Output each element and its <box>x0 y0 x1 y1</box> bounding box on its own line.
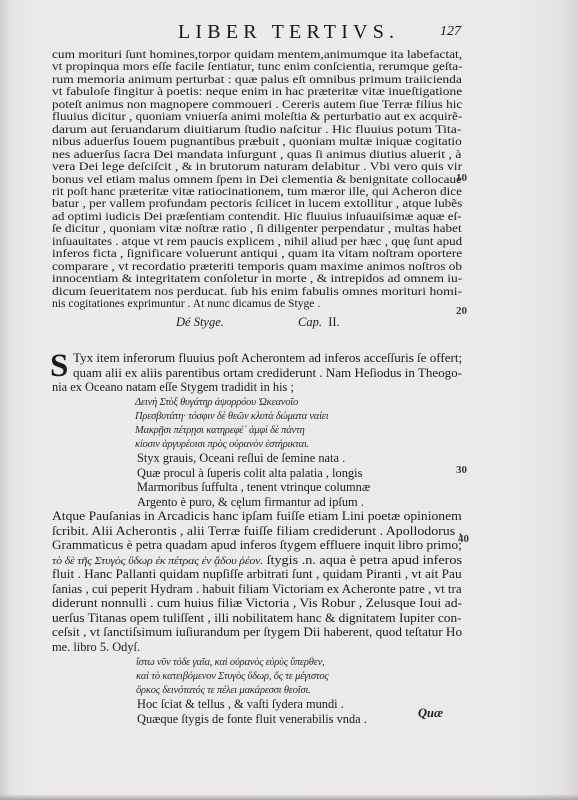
latin-verse-line: Quæque ſtygis de fonte fluit venerabilis… <box>137 712 367 726</box>
greek-verse-line: Δεινὴ Στὺξ θυγάτηρ ἀψορρόου Ὠκεανοῖο <box>135 396 298 410</box>
text-line: poteſt animus non magnopere commoueri . … <box>52 98 462 111</box>
text-line: quam alii ex aliis parentibus ortam cred… <box>73 366 462 380</box>
greek-verse-line: ὅρκος δεινότατός τε πέλει μακάρεσσι θεοῖ… <box>136 684 311 698</box>
text-line: ſanias , cui peperit Hydram . habuit fil… <box>52 582 462 596</box>
text-line: ſe dicitur , quoniam vitæ noſtræ ratio ,… <box>52 222 462 235</box>
text-line: darum aut ſeruandarum diuitiarum ſtudio … <box>52 123 461 136</box>
text-line: bonus vel etiam malus omnem ſpem in Dei … <box>52 173 462 186</box>
page-number: 127 <box>440 24 461 40</box>
greek-verse-line: ἴστω νῦν τόδε γαῖα, καὶ οὐρανὸς εὐρὺς ὕπ… <box>136 656 325 670</box>
running-title: LIBER TERTIVS. <box>178 21 428 44</box>
text-line: rum memoria animum perturbat : quæ palus… <box>52 73 462 86</box>
text-line: rit poſt hanc præteritæ vitæ ratiocinati… <box>52 185 462 198</box>
greek-verse-line: Πρεσβυτάτη· τόσφιν δὲ θεῶν κλυτὰ δώματα … <box>135 410 328 424</box>
text-line: diderunt nonnulli . cum huius filiæ Vict… <box>52 596 462 610</box>
margin-line-number: 40 <box>458 533 469 545</box>
text-line: dicum ſeueritatem nos perducat. ſub his … <box>52 285 462 298</box>
text-line: vt fabuloſe fingitur à poetis: neque eni… <box>52 85 462 98</box>
chapter-number: Cap. II. <box>298 315 340 330</box>
text-line: ceſsit , vt ſanctiſsimum iuſiurandum per… <box>52 625 462 639</box>
chapter-title: Dé Styge. <box>176 315 224 330</box>
text-line: nia ex Oceano natam eſſe Stygem tradidit… <box>52 380 294 394</box>
greek-verse-line: καὶ τὸ κατειβόμενον Στυγὸς ὕδωρ, ὅς τε μ… <box>136 670 328 684</box>
margin-line-number: 10 <box>456 172 467 184</box>
text-line: cum morituri ſunt homines,torpor quidam … <box>52 48 462 61</box>
latin-verse-line: Styx grauis, Oceani reſlui de ſemine nat… <box>137 451 345 465</box>
text-line: batur , per vallem profundam pectoris ſc… <box>52 197 462 210</box>
latin-verse-line: Quæ procul à ſuperis colit alta palatia … <box>137 466 362 480</box>
text-line: nibus aduerſus Iouem pugnantibus præbuit… <box>52 135 462 148</box>
text-line: Tyx item inferorum fluuius poſt Acheront… <box>73 351 462 365</box>
latin-verse-line: Hoc ſciat & tellus , & vaſti ſydera mund… <box>137 697 344 711</box>
text-line: nis cogitationes exprimuntur . At nunc d… <box>52 297 320 310</box>
book-page: LIBER TERTIVS. 127 cum morituri ſunt hom… <box>0 0 578 800</box>
greek-verse-line: Μακρῇσι πέτρῃσι κατηρεφέ᾽ ἀμφὶ δὲ πάντη <box>135 424 305 438</box>
catchword: Quæ <box>418 706 443 721</box>
margin-line-number: 30 <box>456 464 467 476</box>
text-line: ad optimi iudicis Dei præſentiam contend… <box>52 210 462 223</box>
margin-line-number: 20 <box>456 305 467 317</box>
text-line: nes aduerſus ſacra Dei mandata inſurgunt… <box>52 148 461 161</box>
greek-inline-quote: τὸ δὲ τῆς Στυγὸς ὕδωρ ἐκ πέτρας ἐν ᾅδου … <box>52 556 263 567</box>
text-line: comparare , vt recordatio præteriti temp… <box>52 260 462 273</box>
text-line: fluit . Hanc Pallanti quidam nupſiſſe ar… <box>52 567 462 581</box>
text-line: vera Dei lege deſciſcit , & in brutorum … <box>52 160 462 173</box>
latin-verse-line: Argento è puro, & cęlum firmantur ad ipſ… <box>137 495 364 509</box>
text-line: vt propinqua mors eſſe facile ſentiatur,… <box>52 60 463 73</box>
text-line: Grammaticus è petra quadam apud inferos … <box>52 538 462 552</box>
text-line: fluuius dicitur , quoniam vniuerſa animi… <box>52 110 462 123</box>
text-line: inferos ficta , ſignificare voluerunt an… <box>52 247 462 260</box>
latin-verse-line: Marmoribus ſuffulta , tenent vtrinque co… <box>137 480 370 494</box>
drop-cap: S <box>50 351 68 381</box>
text-line: inſuauitates . atque vt rem paucis expli… <box>52 235 462 248</box>
text-line: me. libro 5. Odyſ. <box>52 640 140 654</box>
text-line: ſcribit. Alii Acherontis , alii Terræ fu… <box>52 524 462 538</box>
chapter-title-text: Dé Styge. <box>176 315 224 329</box>
text-line: Atque Pauſanias in Arcadicis hanc ipſam … <box>52 509 462 523</box>
text-line: innocentiam & integritatem conſoletur in… <box>52 272 462 285</box>
greek-verse-line: κίοσιν ἀργυρέοισι πρὸς οὐρανὸν ἐστήρικτα… <box>135 438 309 452</box>
text-line: uerſus Titanas opem tuliſſent , illi nob… <box>52 611 462 625</box>
